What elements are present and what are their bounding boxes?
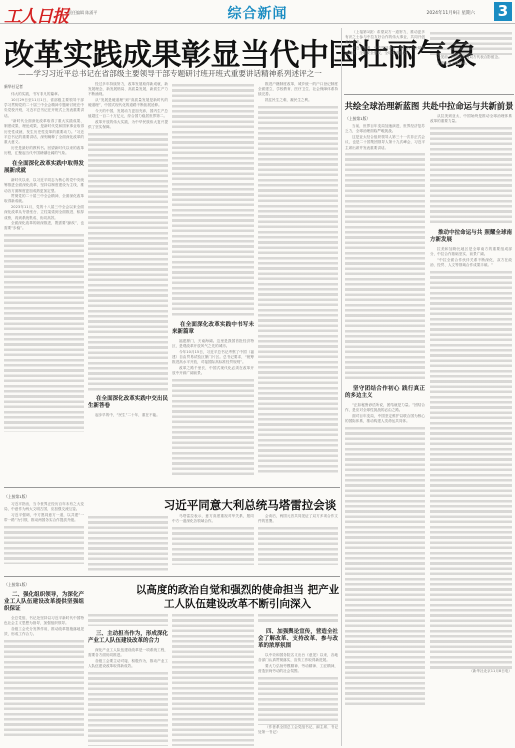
text-block bbox=[430, 30, 512, 55]
bottom-column-1: （上接第1版） 二、强化组织领导，为深化产业工人队伍建设改革提供坚强组织保证 全… bbox=[4, 580, 84, 746]
lead-paragraph: 伟大的实践，书写非凡的篇章。 bbox=[4, 92, 84, 97]
text-block bbox=[258, 525, 338, 565]
issue-date: 2024年11月9日 星期六 bbox=[427, 10, 475, 16]
bottom-article-headline: 以高度的政治自觉和强烈的使命担当 把产业工人队伍建设改革不断引向深入 bbox=[135, 583, 340, 611]
text-block bbox=[430, 125, 512, 225]
middle-byline: （上接第1版） bbox=[4, 494, 84, 499]
lead-paragraph: 历史是最好的教科书。回望新时代以来的改革历程，汇聚起当代中国磅礴壮阔的气象。 bbox=[4, 146, 84, 156]
lead-paragraph: 新时代以来，以习近平同志为核心的党中央统筹推进全面深化改革，坚持以制度建设为主线… bbox=[4, 178, 84, 194]
column-divider bbox=[341, 28, 342, 746]
bottom-paragraph: 各级工会要主动对接、积极作为，推动产业工人队伍建设改革取得新成效。 bbox=[88, 659, 168, 669]
text-block bbox=[4, 524, 84, 564]
lead-column-1: 新华社记者 伟大的实践，书写非凡的篇章。 10月29日至11月1日，省部级主要领… bbox=[4, 82, 84, 480]
right-paragraph: 这是亚太经合组织领导人第三十一次非正式会议，也是二十国集团领导人第十九次峰会，习… bbox=[345, 135, 425, 151]
middle-column-4: 会谈后，两国元首共同见证了双方多项合作文件的签署。 bbox=[258, 514, 338, 572]
text-block bbox=[4, 638, 84, 738]
bottom-column-4: 四、加强舆论宣传，营造全社会了解改革、支持改革、参与改革的浓厚氛围 以中央和国务… bbox=[258, 612, 338, 746]
lead-paragraph: 贯彻党的二十届三中全会精神，全面深化改革取得新成就。 bbox=[4, 194, 84, 204]
text-block bbox=[172, 612, 254, 746]
text-block bbox=[88, 670, 168, 746]
bottom-section-title: 三、主动担当作为，形成深化产业工人队伍建设改革的合力 bbox=[88, 631, 168, 645]
lead-paragraph: 2023年11月，党的十八届三中全会以来全面深化改革从夯基垒台、立柱架梁到全面推… bbox=[4, 205, 84, 221]
right-top-column-1: （上接第1版）希望双方一道努力，推动更多有识之士参与中拉友好合作的伟大事业，共同… bbox=[345, 30, 425, 90]
continuation-label: （上接第1版） bbox=[352, 30, 377, 34]
middle-column-3: 马塔雷拉表示，意方高度重视对华关系，愿同中方一道深化各领域合作。 bbox=[172, 514, 254, 572]
lead-byline: 新华社记者 bbox=[4, 84, 84, 89]
lead-paragraph: 抓住民生之难，凝民生之利。 bbox=[258, 98, 338, 103]
bottom-paragraph: 深化产业工人队伍建设改革是一项系统工程，需要各方面协同推进。 bbox=[88, 648, 168, 658]
middle-paragraph: 马塔雷拉表示，意方高度重视对华关系，愿同中方一道深化各领域合作。 bbox=[172, 514, 254, 524]
right-article-headline: 共绘全球治理新蓝图 共赴中拉命运与共新前景 bbox=[344, 100, 514, 112]
divider bbox=[344, 94, 514, 95]
text-block bbox=[88, 514, 168, 572]
right-column-2: 从拉美到亚太，中国始终是推动全球治理体系改革的重要力量。 推动中拉命运与共 照耀… bbox=[430, 114, 512, 746]
middle-article-headline: 习近平同意大利总统马塔雷拉会谈 bbox=[150, 497, 350, 513]
right-paragraph: “中拉全面合作伙伴关系不断深化，双方在政治、经贸、人文等领域合作成果丰硕。” bbox=[430, 258, 512, 268]
right-paragraph: 面对百年变局，中国坚定维护以联合国为核心的国际体系，推动构建人类命运共同体。 bbox=[345, 414, 425, 424]
lead-paragraph: 今年10月15日，习近平总书记考察了中国（福建）自由贸易试验区厦门片区。总书记要… bbox=[172, 350, 254, 366]
bottom-paragraph: 全总党组、书记处坚持以习近平新时代中国特色社会主义思想为指导，加强组织领导。 bbox=[4, 616, 84, 626]
middle-paragraph: 会谈后，两国元首共同见证了双方多项合作文件的签署。 bbox=[258, 514, 338, 524]
lead-paragraph: 改革之路千里长，中国式现代化必须在改革开放中开辟广阔前景。 bbox=[172, 366, 254, 376]
lead-paragraph: 经过多年持续努力，改革发展取得新成就，新发展理念、新发展格局、高质量发展，新质生… bbox=[88, 82, 168, 98]
bottom-paragraph: 各级工会充分发挥作用，推动改革措施落地见效，形成工作合力。 bbox=[4, 627, 84, 637]
right-byline: （上接第1版） bbox=[345, 116, 425, 121]
right-paragraph: “正如秘鲁谚语所说，团结就是力量。”团结合作，是应对全球性挑战的必由之路。 bbox=[345, 403, 425, 413]
bottom-paragraph: 要大力弘扬劳模精神、劳动精神、工匠精神，营造崇尚劳动的社会氛围。 bbox=[258, 664, 338, 674]
right-section-title: 推动中拉命运与共 照耀全球南方新发展 bbox=[430, 230, 512, 244]
text-block bbox=[345, 151, 425, 381]
lead-paragraph: “新时代全面深化改革取得了重大实践成果、制度成果、理论成果，是新时代党和国家事业… bbox=[4, 119, 84, 145]
text-block bbox=[172, 377, 254, 477]
continuation-paragraph: （上接第1版）希望双方一道努力，推动更多有识之士参与中拉友好合作的伟大事业，共同… bbox=[345, 30, 425, 46]
bottom-section-title: 二、强化组织领导，为深化产业工人队伍建设改革提供坚强组织保证 bbox=[4, 592, 84, 613]
right-paragraph: 从拉美到亚太，中国始终是推动全球治理体系改革的重要力量。 bbox=[430, 114, 512, 124]
bottom-section-title: 四、加强舆论宣传，营造全社会了解改革、支持改革、参与改革的浓厚氛围 bbox=[258, 629, 338, 650]
lead-paragraph: 10月29日至11月1日，省部级主要领导干部学习贯彻党的二十届三中全会精神专题研… bbox=[4, 98, 84, 119]
lead-paragraph: 改革开放的伟大实践，为中华民族伟大复兴提供了坚实保障。 bbox=[88, 120, 168, 130]
lead-paragraph: 起步早的中，“民生”二十年，重在不能。 bbox=[88, 413, 168, 418]
lead-column-3: 在全面深化改革实践中书写未来新篇章 福建厦门，天南海阔。这里是我国首批经济特区，… bbox=[172, 82, 254, 480]
divider bbox=[4, 576, 340, 577]
bottom-column-2: 三、主动担当作为，形成深化产业工人队伍建设改革的合力 深化产业工人队伍建设改革是… bbox=[88, 612, 168, 746]
text-block bbox=[258, 675, 338, 725]
lead-paragraph: 福建厦门，天南海阔。这里是我国首批经济特区，是观改革开放风气之先的城市。 bbox=[172, 339, 254, 349]
continuation-paragraph: 王毅参加上述活动。 bbox=[430, 61, 512, 66]
lead-subheadline: ——学习习近平总书记在省部级主要领导干部专题研讨班开班式重要讲话精神系列述评之一 bbox=[0, 68, 340, 79]
right-paragraph: 拉美和加勒比地区是全球南方的重要组成部分，中拉合作基础坚实、前景广阔。 bbox=[430, 247, 512, 257]
lead-paragraph: 推进户籍制度改革，城乡统一的户口登记制度全面建立，学校教育、医疗卫生、社会保障体… bbox=[258, 82, 338, 98]
lead-paragraph: 今天的中国，发展动力更加充沛，国内生产总值超过一百二十万亿元，综合国力稳居世界第… bbox=[88, 109, 168, 119]
middle-column-1: （上接第1版） 习近平指出，当今世界正经历百年未有之大变局，中意作为两大文明古国… bbox=[4, 492, 84, 572]
lead-section-title: 在全面深化改革实践中交出民生新答卷 bbox=[88, 396, 168, 410]
middle-column-2 bbox=[88, 514, 168, 572]
text-block bbox=[4, 232, 84, 432]
right-column-1: （上接第1版） 当前，世界百年变局加速演进，世界经济复苏乏力，全球治理面临严峻挑… bbox=[345, 114, 425, 746]
text-block bbox=[258, 104, 338, 474]
lead-section-title: 在全面深化改革实践中取得发展新成就 bbox=[4, 161, 84, 175]
lead-paragraph: 从“发展是硬道理”到“高质量发展是新时代的硬道理”，中国式现代化的道路不断拓展延… bbox=[88, 98, 168, 108]
page-number-badge: 3 bbox=[494, 2, 512, 21]
lead-paragraph: 全面深化改革的纵深推进，既需要“蹄疾”，也需要“步稳”。 bbox=[4, 221, 84, 231]
lead-column-4: 推进户籍制度改革，城乡统一的户口登记制度全面建立，学校教育、医疗卫生、社会保障体… bbox=[258, 82, 338, 480]
dateline: （新华社北京11月8日电） bbox=[430, 669, 512, 674]
divider bbox=[4, 487, 340, 488]
lead-section-title: 在全面深化改革实践中书写未来新篇章 bbox=[172, 322, 254, 336]
bottom-column-3 bbox=[172, 612, 254, 746]
continuation-paragraph: 习近平强调，中方愿同各方一道，践行全球发展倡议、全球安全倡议、全球文明倡议。 bbox=[345, 46, 425, 56]
text-block bbox=[345, 425, 425, 705]
right-paragraph: 当前，世界百年变局加速演进，世界经济复苏乏力，全球治理面临严峻挑战。 bbox=[345, 124, 425, 134]
right-section-title: 坚守团结合作初心 践行真正的多边主义 bbox=[345, 386, 425, 400]
bottom-byline: （上接第1版） bbox=[4, 582, 84, 587]
author-note: （作者系全国总工会党组书记、副主席、书记处第一书记） bbox=[258, 725, 338, 735]
text-block bbox=[172, 525, 254, 565]
bottom-paragraph: 以中央和国务院名义出台《意见》以来，各地各部门认真贯彻落实，宣传工作取得新进展。 bbox=[258, 653, 338, 663]
text-block bbox=[88, 612, 168, 626]
lead-column-2: 经过多年持续努力，改革发展取得新成就，新发展理念、新发展格局、高质量发展，新质生… bbox=[88, 82, 168, 480]
text-block bbox=[258, 612, 338, 624]
continuation-paragraph: 会见前，两国元首同双方代表合影留念。 bbox=[430, 55, 512, 60]
right-top-column-2: 会见前，两国元首同双方代表合影留念。 王毅参加上述活动。 bbox=[430, 30, 512, 90]
text-block bbox=[88, 131, 168, 391]
middle-paragraph: 习近平指出，当今世界正经历百年未有之大变局，中意作为两大文明古国，应加强交流互鉴… bbox=[4, 502, 84, 512]
middle-paragraph: 习近平强调，中方愿同意方一道，以共建“一带一路”为引领，推动两国务实合作提质升级… bbox=[4, 513, 84, 523]
text-block bbox=[430, 269, 512, 669]
text-block bbox=[172, 82, 254, 317]
masthead: 工人日报 责任编辑 陈涌平 综合新闻 2024年11月9日 星期六 3 bbox=[0, 0, 515, 24]
